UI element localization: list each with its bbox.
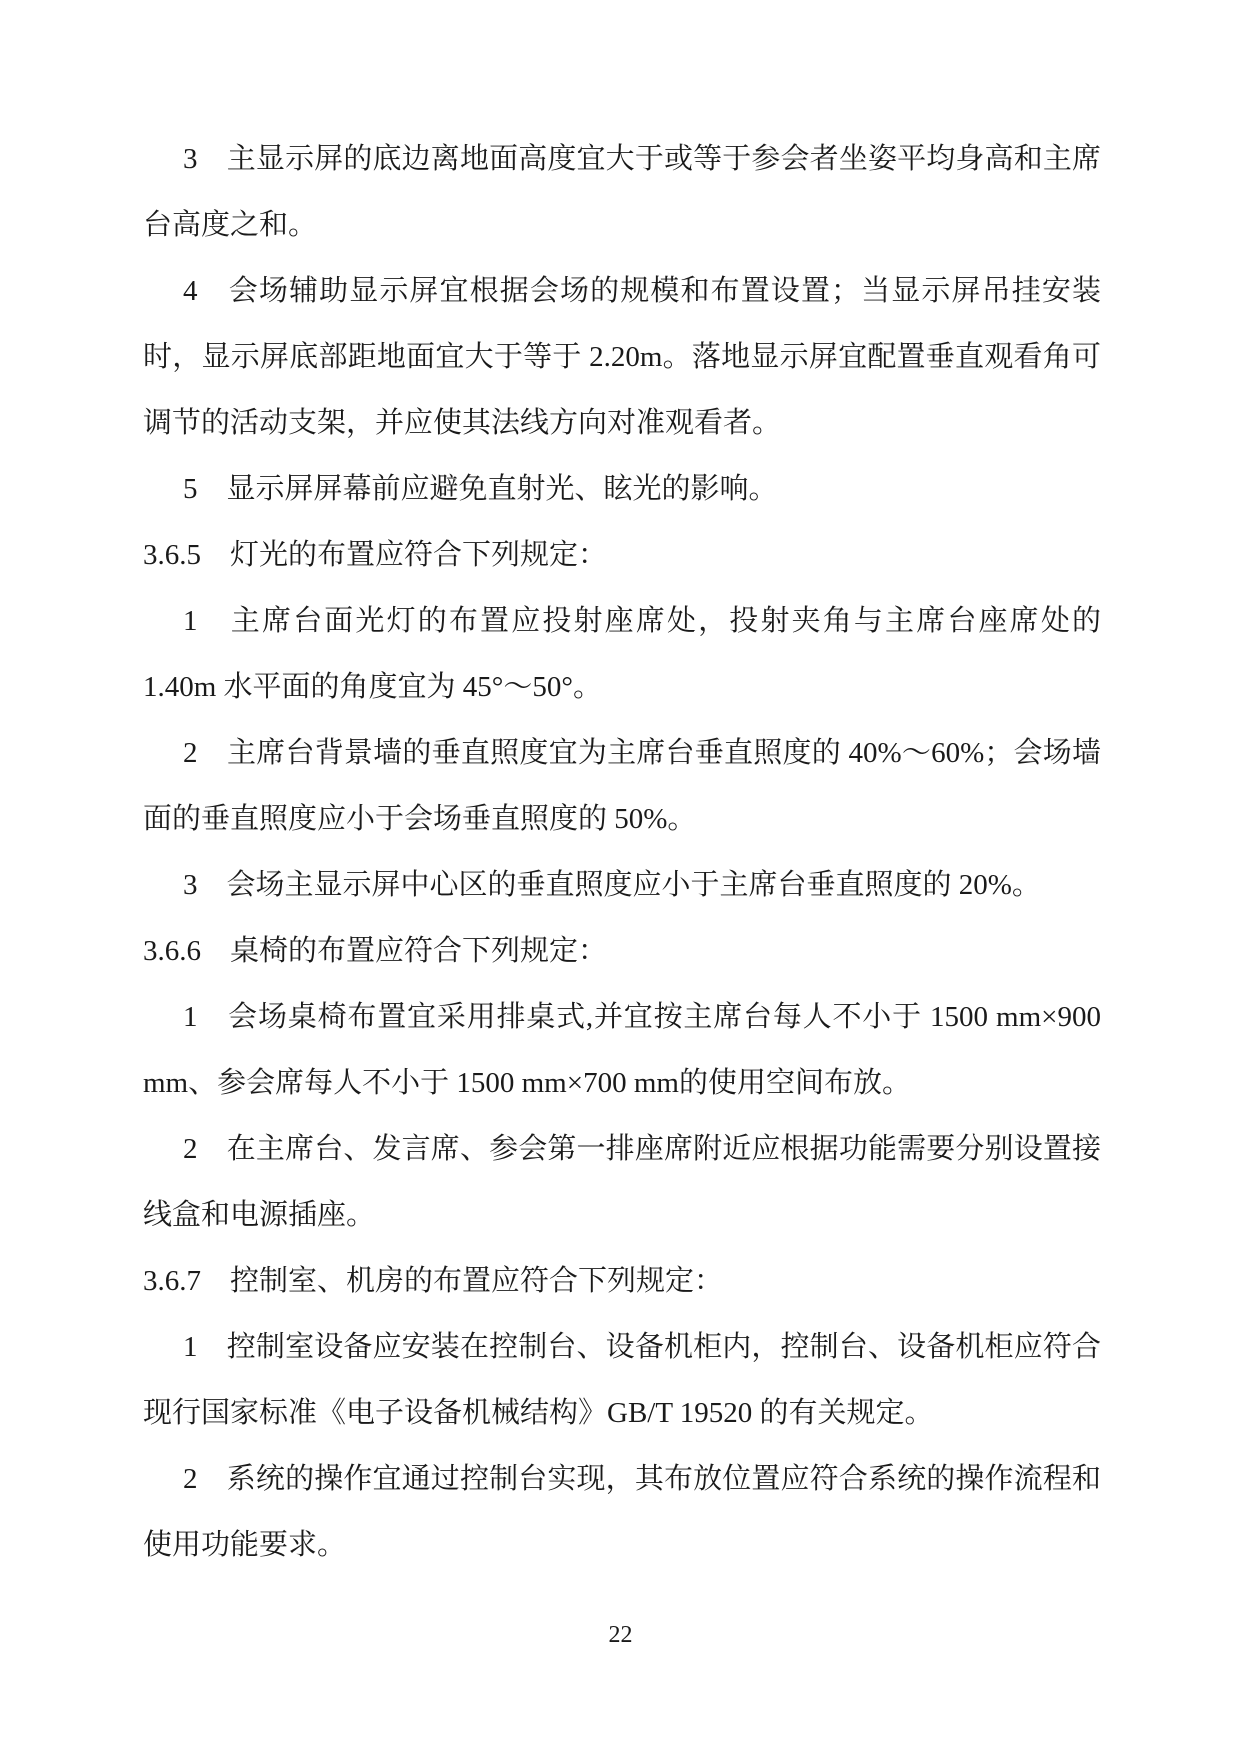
document-body: 3 主显示屏的底边离地面高度宜大于或等于参会者坐姿平均身高和主席台高度之和。 4… (143, 126, 1101, 1578)
clause-heading-3-6-6: 3.6.6 桌椅的布置应符合下列规定： (143, 918, 1101, 984)
numbered-item: 3 主显示屏的底边离地面高度宜大于或等于参会者坐姿平均身高和主席台高度之和。 (143, 126, 1101, 258)
numbered-item: 2 主席台背景墙的垂直照度宜为主席台垂直照度的 40%～60%；会场墙面的垂直照… (143, 720, 1101, 852)
numbered-item: 5 显示屏屏幕前应避免直射光、眩光的影响。 (143, 456, 1101, 522)
numbered-item: 1 控制室设备应安装在控制台、设备机柜内，控制台、设备机柜应符合现行国家标准《电… (143, 1314, 1101, 1446)
numbered-item: 3 会场主显示屏中心区的垂直照度应小于主席台垂直照度的 20%。 (143, 852, 1101, 918)
numbered-item: 1 主席台面光灯的布置应投射座席处，投射夹角与主席台座席处的 1.40m 水平面… (143, 588, 1101, 720)
clause-heading-3-6-7: 3.6.7 控制室、机房的布置应符合下列规定： (143, 1248, 1101, 1314)
document-page: 3 主显示屏的底边离地面高度宜大于或等于参会者坐姿平均身高和主席台高度之和。 4… (0, 0, 1241, 1754)
clause-heading-3-6-5: 3.6.5 灯光的布置应符合下列规定： (143, 522, 1101, 588)
numbered-item: 2 在主席台、发言席、参会第一排座席附近应根据功能需要分别设置接线盒和电源插座。 (143, 1116, 1101, 1248)
numbered-item: 1 会场桌椅布置宜采用排桌式,并宜按主席台每人不小于 1500 mm×900 m… (143, 984, 1101, 1116)
numbered-item: 4 会场辅助显示屏宜根据会场的规模和布置设置；当显示屏吊挂安装时，显示屏底部距地… (143, 258, 1101, 456)
page-footer: 22 (0, 1620, 1241, 1650)
numbered-item: 2 系统的操作宜通过控制台实现，其布放位置应符合系统的操作流程和使用功能要求。 (143, 1446, 1101, 1578)
page-number: 22 (609, 1622, 633, 1648)
